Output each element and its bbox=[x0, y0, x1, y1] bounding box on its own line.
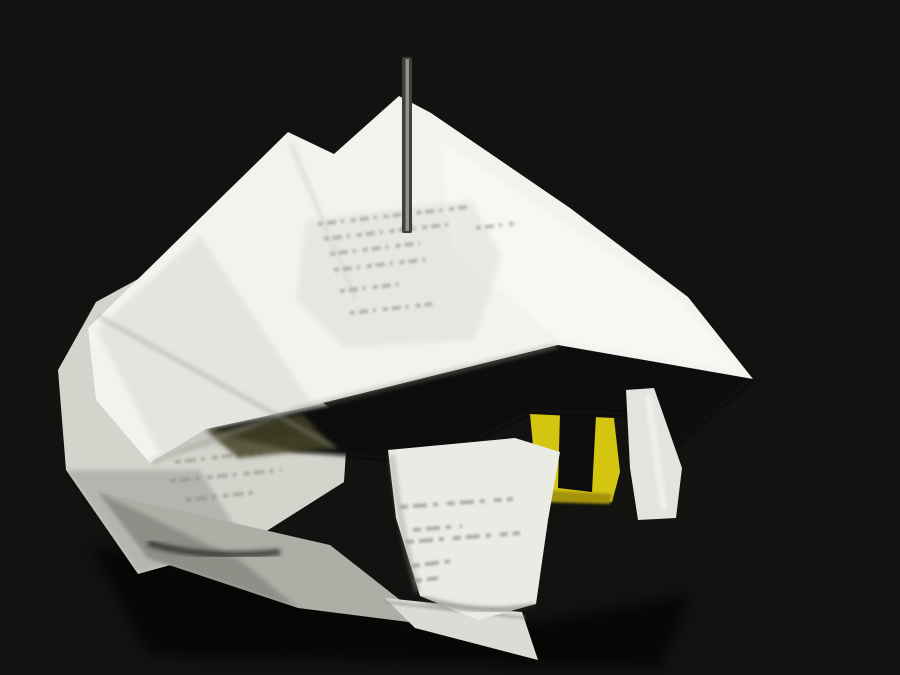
metal-spike-highlight bbox=[406, 59, 410, 231]
scene-canvas bbox=[0, 0, 900, 675]
photo-receipts-on-spike bbox=[0, 0, 900, 675]
base-black-insert bbox=[558, 413, 596, 492]
